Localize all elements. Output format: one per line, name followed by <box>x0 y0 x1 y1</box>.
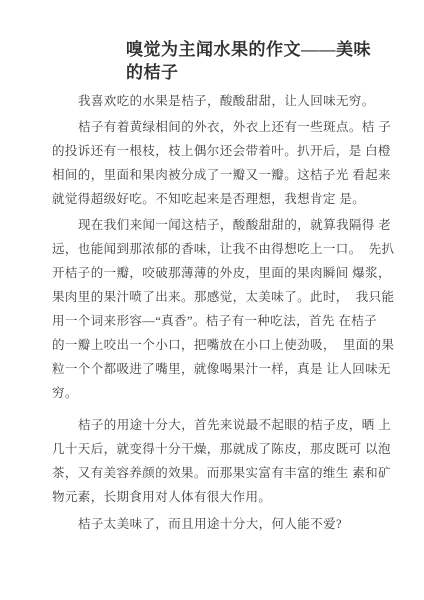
text-line: 粒一个个都吸进了嘴里，就像喝果汁一样，真是 让人回味无 <box>52 357 382 381</box>
text-line: 果肉里的果汁喷了出来。那感觉，太美味了。此时， 我只能 <box>52 285 382 309</box>
essay-title: 嗅觉为主闻水果的作文——美味 的桔子 <box>126 38 386 84</box>
paragraph: 桔子有着黄绿相间的外衣，外衣上还有一些斑点。桔 子 的投诉还有一根枝，枝上偶尔还… <box>52 115 382 211</box>
text-line: 我喜欢吃的水果是桔子，酸酸甜甜，让人回味无穷。 <box>52 89 382 113</box>
text-line: 远，也能闻到那浓郁的香味，让我不由得想吃上一口。 先扒 <box>52 237 382 261</box>
text-line: 的投诉还有一根枝，枝上偶尔还会带着叶。扒开后，是 白橙 <box>52 139 382 163</box>
document-page: 嗅觉为主闻水果的作文——美味 的桔子 我喜欢吃的水果是桔子，酸酸甜甜，让人回味无… <box>0 0 424 600</box>
text-line: 的一瓣上咬出一个小口，把嘴放在小口上使劲吸， 里面的果 <box>52 333 382 357</box>
text-line: 穷。 <box>52 381 382 405</box>
text-line: 现在我们来闻一闻这桔子，酸酸甜甜的，就算我隔得 老 <box>52 213 382 237</box>
text-line: 桔子太美味了，而且用途十分大，何人能不爱? <box>52 512 382 536</box>
paragraph: 桔子太美味了，而且用途十分大，何人能不爱? <box>52 512 382 536</box>
text-line: 茶，又有美容养颜的效果。而那果实富有丰富的维生 素和矿 <box>52 461 382 485</box>
text-line: 相间的，里面和果肉被分成了一瓣又一瓣。这桔子光 看起来 <box>52 163 382 187</box>
text-line: 物元素，长期食用对人体有很大作用。 <box>52 485 382 509</box>
text-line: 桔子的用途十分大，首先来说最不起眼的桔子皮，晒 上 <box>52 413 382 437</box>
text-line: 用一个词来形容—“真香”。桔子有一种吃法，首先 在桔子 <box>52 309 382 333</box>
title-line: 的桔子 <box>126 61 386 84</box>
text-line: 开桔子的一瓣，咬破那薄薄的外皮，里面的果肉瞬间 爆浆， <box>52 261 382 285</box>
paragraph: 我喜欢吃的水果是桔子，酸酸甜甜，让人回味无穷。 <box>52 89 382 113</box>
text-line: 几十天后，就变得十分干燥，那就成了陈皮，那皮既可 以泡 <box>52 437 382 461</box>
essay-body: 我喜欢吃的水果是桔子，酸酸甜甜，让人回味无穷。 桔子有着黄绿相间的外衣，外衣上还… <box>52 89 382 536</box>
text-line: 就觉得超级好吃。不知吃起来是否理想，我想肯定 是。 <box>52 187 382 211</box>
paragraph: 现在我们来闻一闻这桔子，酸酸甜甜的，就算我隔得 老 远，也能闻到那浓郁的香味，让… <box>52 213 382 405</box>
text-line: 桔子有着黄绿相间的外衣，外衣上还有一些斑点。桔 子 <box>52 115 382 139</box>
title-line: 嗅觉为主闻水果的作文——美味 <box>126 38 386 61</box>
document-content: 嗅觉为主闻水果的作文——美味 的桔子 我喜欢吃的水果是桔子，酸酸甜甜，让人回味无… <box>52 38 382 536</box>
paragraph: 桔子的用途十分大，首先来说最不起眼的桔子皮，晒 上 几十天后，就变得十分干燥，那… <box>52 413 382 509</box>
